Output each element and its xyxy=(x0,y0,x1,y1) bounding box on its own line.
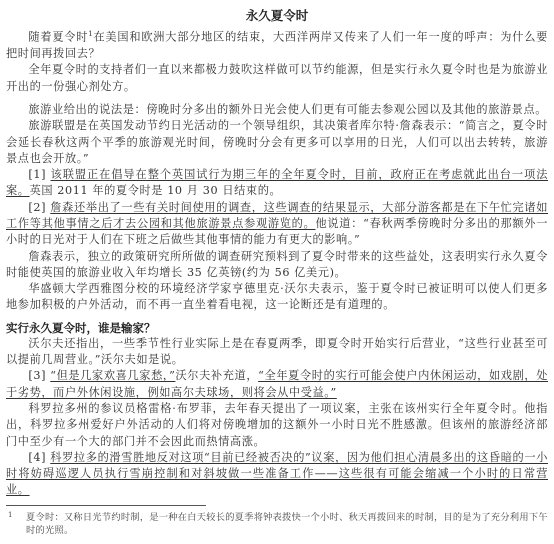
text: 随着夏令时 xyxy=(28,31,88,44)
paragraph-tourism-alliance: 旅游联盟是在英国发动节约日光活动的一个领导组织，其决策者库尔特·詹森表示：“简言… xyxy=(6,118,548,167)
paragraph-marked-4: [4] 科罗拉多的滑雪胜地反对这项“目前已经被否决的”议案，因为他们担心清晨多出… xyxy=(6,450,548,499)
marker-3: [3] xyxy=(28,369,46,382)
document-page: 永久夏令时 随着夏令时1在美国和欧洲大部分地区的结束，大西洋两岸又传来了人们一年… xyxy=(0,0,554,544)
paragraph-supporters: 全年夏令时的支持者们一直以来都极力鼓吹这样做可以节约能源，但是实行永久夏令时也是… xyxy=(6,62,548,95)
marker-2: [2] xyxy=(28,201,46,214)
underlined-sentence-4: 科罗拉多的滑雪胜地反对这项“目前已经被否决的”议案，因为他们担心清晨多出的这昏暗… xyxy=(6,451,548,497)
text: 沃尔夫补充道， xyxy=(175,369,258,382)
underlined-quote-3a: “但是几家欢喜几家愁，” xyxy=(50,369,175,382)
paragraph-colorado: 科罗拉多州的参议员格雷格·布罗菲，去年春天提出了一项议案，主张在该州实行全年夏令… xyxy=(6,401,548,450)
text: 英国 2011 年的夏令时是 10 月 30 日结束的。 xyxy=(30,184,282,197)
marker-1: [1] xyxy=(28,168,46,181)
paragraph-marked-1: [1] 该联盟正在倡导在整个英国试行为期三年的全年夏令时，目前，政府正在考虑就此… xyxy=(6,167,548,200)
section-heading-losers: 实行永久夏令时，谁是输家？ xyxy=(6,320,548,336)
marker-4: [4] xyxy=(28,451,46,464)
footnote: 1 夏令时：又称日光节约时制，是一种在白天较长的夏季将钟表拨快一个小时、秋天再拨… xyxy=(6,511,548,537)
paragraph-wolff: 华盛顿大学西雅图分校的环境经济学家亨德里克·沃尔夫表示，鉴于夏令时已被证明可以使… xyxy=(6,281,548,314)
footnote-mark: 1 xyxy=(8,509,13,522)
paragraph-intro: 随着夏令时1在美国和欧洲大部分地区的结束，大西洋两岸又传来了人们一年一度的呼声：… xyxy=(6,26,548,62)
paragraph-seasonal: 沃尔夫还指出，一些季节性行业实际上是在春夏两季，即夏令时开始实行后营业，“这些行… xyxy=(6,336,548,369)
page-title: 永久夏令时 xyxy=(6,0,548,26)
paragraph-revenue: 詹森表示，独立的政策研究所所做的调查研究预料到了夏令时带来的这些益处，这表明实行… xyxy=(6,249,548,282)
paragraph-marked-3: [3] “但是几家欢喜几家愁，”沃尔夫补充道，“全年夏令时的实行可能会使户内休闲… xyxy=(6,368,548,401)
paragraph-tourism-claim: 旅游业给出的说法是：傍晚时分多出的额外日光会使人们更有可能去参观公园以及其他的旅… xyxy=(6,102,548,118)
paragraph-marked-2: [2] 詹森还举出了一些有关时间使用的调查，这些调查的结果显示，大部分游客都是在… xyxy=(6,200,548,249)
footnote-divider xyxy=(6,505,206,506)
footnote-text: 夏令时：又称日光节约时制，是一种在白天较长的夏季将钟表拨快一个小时、秋天再拨回来… xyxy=(26,512,548,536)
